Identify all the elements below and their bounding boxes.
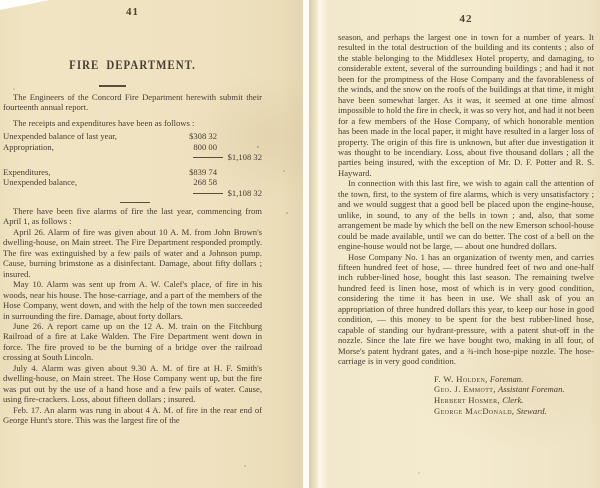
signature-line: Geo. J. Emmott, Assistant Foreman. (434, 384, 594, 395)
account-label: Unexpended balance of last year, (3, 131, 117, 141)
signature-name: F. W. Holden, (434, 374, 488, 384)
book-scan: 41 FIRE DEPARTMENT. The Engineers of the… (0, 0, 600, 488)
account-amount: 800 00 (193, 142, 217, 152)
alarm-paragraph-may-10: May 10. Alarm was sent up from A. W. Cal… (3, 279, 262, 321)
signature-title: Foreman. (490, 374, 523, 384)
account-total: $1,108 32 (228, 152, 262, 162)
signature-name: Herbert Hosmer, (434, 395, 500, 405)
heading-rule (99, 85, 126, 87)
alarm-paragraph-feb-17: Feb. 17. An alarm was rung in about 4 A.… (3, 405, 262, 426)
left-text-column: The Engineers of the Concord Fire Depart… (3, 92, 262, 426)
signature-block: F. W. Holden, Foreman. Geo. J. Emmott, A… (338, 374, 594, 418)
account-label: Appropriation, (3, 142, 54, 152)
account-label: Unexpended balance, (3, 177, 77, 187)
account-row: Appropriation, 800 00 (3, 142, 262, 152)
signature-name: George MacDonald, (434, 406, 514, 416)
account-label: Expenditures, (3, 167, 51, 177)
account-row: Expenditures, $839 74 (3, 167, 262, 177)
account-amount: $839 74 (189, 167, 217, 177)
intro-paragraph: The Engineers of the Concord Fire Depart… (3, 92, 262, 113)
signature-title: Clerk. (502, 395, 523, 405)
signature-line: F. W. Holden, Foreman. (434, 374, 594, 385)
accounts-intro: The receipts and expenditures have been … (3, 118, 262, 128)
signature-title: Assistant Foreman. (498, 384, 565, 394)
alarm-paragraph-july-4: July 4. Alarm was given about 9.30 A. M.… (3, 363, 262, 405)
page-number: 41 (3, 6, 262, 18)
sum-rule (193, 193, 223, 194)
signature-line: Herbert Hosmer, Clerk. (434, 395, 594, 406)
section-divider-rule (120, 202, 150, 203)
account-total-row: $1,108 32 (3, 152, 262, 162)
alarm-paragraph-june-26: June 26. A report came up on the 12 A. M… (3, 321, 262, 363)
accounts-table: Unexpended balance of last year, $308 32… (3, 131, 262, 198)
fire-alarm-system-paragraph: In connection with this last fire, we wi… (338, 178, 594, 251)
right-text-column: season, and perhaps the largest one in t… (338, 32, 594, 417)
account-row: Unexpended balance, 268 58 (3, 177, 262, 187)
page-number: 42 (338, 13, 594, 25)
account-amount: $308 32 (189, 131, 217, 141)
page-42: 42 season, and perhaps the largest one i… (309, 0, 600, 488)
hose-company-paragraph: Hose Company No. 1 has an organization o… (338, 252, 594, 367)
chapter-title: FIRE DEPARTMENT. (24, 57, 242, 73)
account-total-row: $1,108 32 (3, 188, 262, 198)
account-total: $1,108 32 (228, 188, 262, 198)
continuation-paragraph: season, and perhaps the largest one in t… (338, 32, 594, 178)
sum-rule (193, 157, 223, 158)
signature-name: Geo. J. Emmott, (434, 384, 496, 394)
signature-line: George MacDonald, Steward. (434, 406, 594, 417)
account-row: Unexpended balance of last year, $308 32 (3, 131, 262, 141)
alarms-intro: There have been five alarms of fire the … (3, 206, 262, 227)
alarm-paragraph-april-26: April 26. Alarm of fire was given about … (3, 227, 262, 279)
foxing-specks (0, 0, 2, 2)
page-41: 41 FIRE DEPARTMENT. The Engineers of the… (0, 0, 303, 488)
signature-title: Steward. (517, 406, 547, 416)
account-amount: 268 58 (193, 177, 217, 187)
